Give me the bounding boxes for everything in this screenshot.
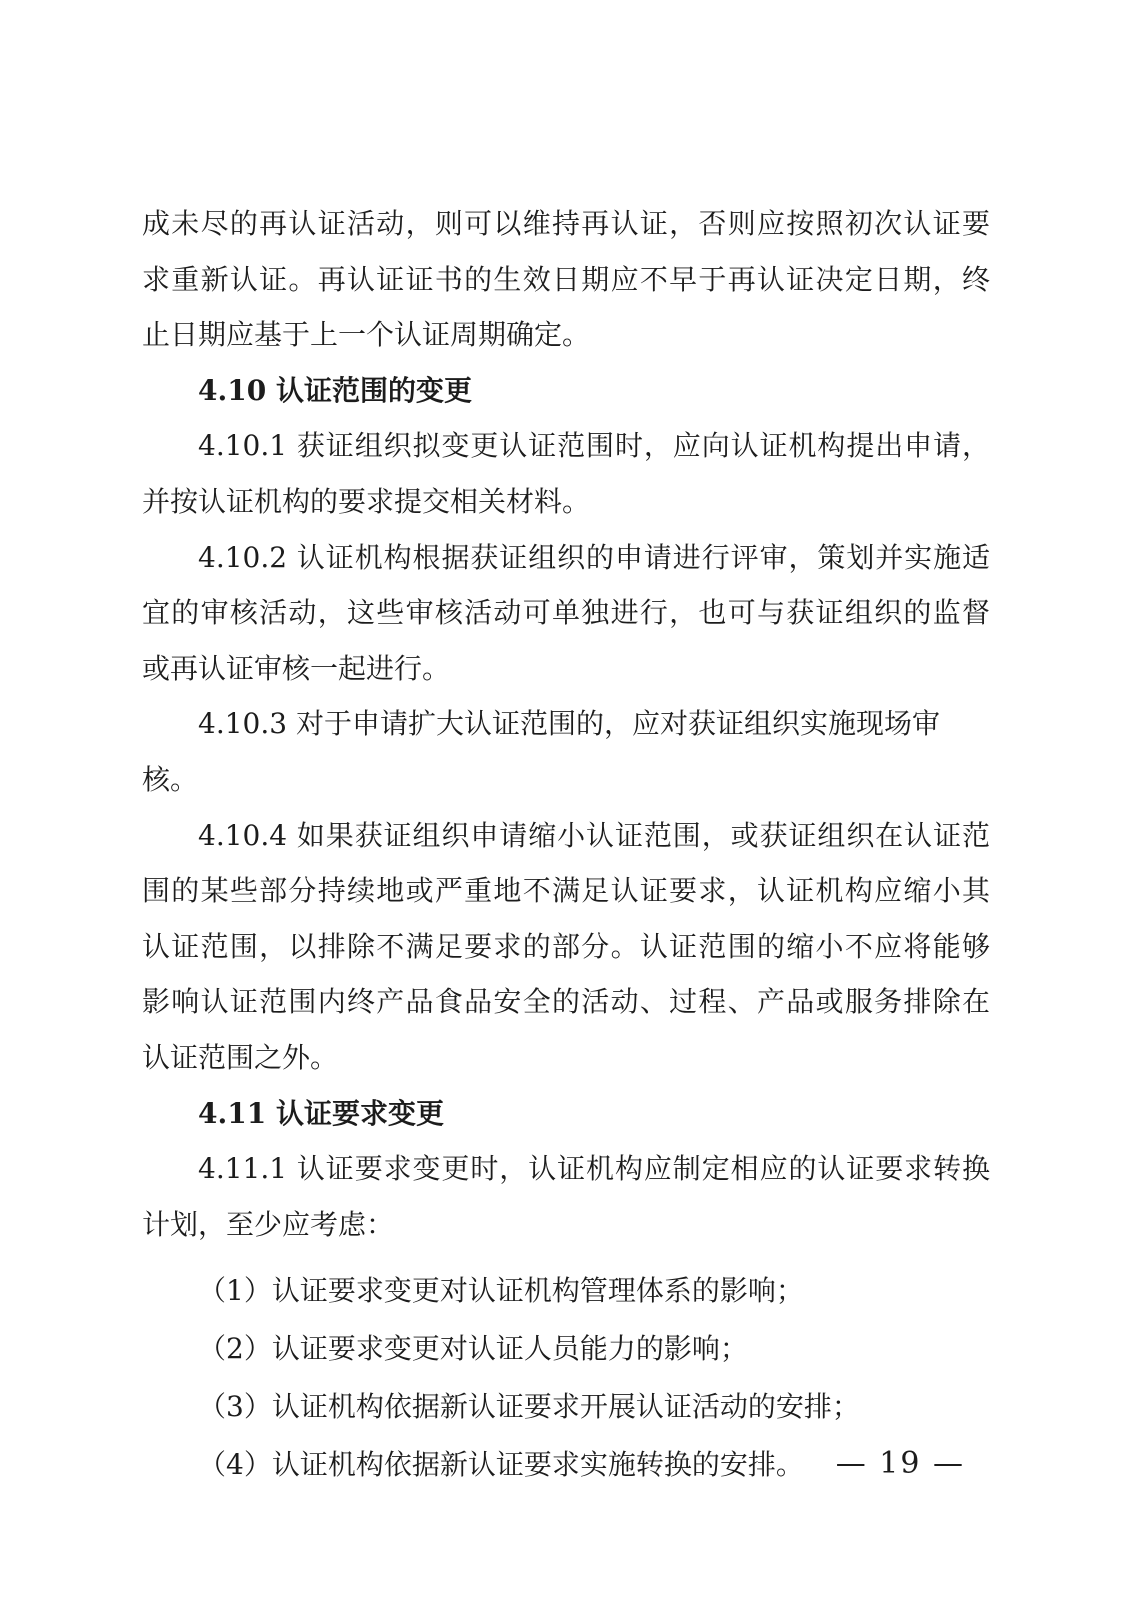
text-line: 并按认证机构的要求提交相关材料。	[142, 474, 990, 530]
text-line: 4.10.3 对于申请扩大认证范围的，应对获证组织实施现场审核。	[142, 696, 990, 807]
text-line: 求重新认证。再认证证书的生效日期应不早于再认证决定日期，终	[142, 252, 990, 308]
document-page: 成未尽的再认证活动，则可以维持再认证，否则应按照初次认证要 求重新认证。再认证证…	[0, 0, 1131, 1600]
text-line: 认证范围，以排除不满足要求的部分。认证范围的缩小不应将能够	[142, 919, 990, 975]
text-line: 4.11.1 认证要求变更时，认证机构应制定相应的认证要求转换	[142, 1141, 990, 1197]
text-line: 4.10.4 如果获证组织申请缩小认证范围，或获证组织在认证范	[142, 808, 990, 864]
text-line: 认证范围之外。	[142, 1030, 990, 1086]
text-line: 围的某些部分持续地或严重地不满足认证要求，认证机构应缩小其	[142, 863, 990, 919]
list-item: （3）认证机构依据新认证要求开展认证活动的安排；	[142, 1378, 990, 1436]
text-line: 4.10.1 获证组织拟变更认证范围时，应向认证机构提出申请，	[142, 418, 990, 474]
text-line: 影响认证范围内终产品食品安全的活动、过程、产品或服务排除在	[142, 974, 990, 1030]
text-line: 或再认证审核一起进行。	[142, 641, 990, 697]
text-block: 成未尽的再认证活动，则可以维持再认证，否则应按照初次认证要 求重新认证。再认证证…	[142, 196, 990, 1494]
list-item: （1）认证要求变更对认证机构管理体系的影响；	[142, 1262, 990, 1320]
text-line: 止日期应基于上一个认证周期确定。	[142, 307, 990, 363]
text-line: 成未尽的再认证活动，则可以维持再认证，否则应按照初次认证要	[142, 196, 990, 252]
text-line: 宜的审核活动，这些审核活动可单独进行，也可与获证组织的监督	[142, 585, 990, 641]
list-item: （2）认证要求变更对认证人员能力的影响；	[142, 1320, 990, 1378]
section-heading: 4.11 认证要求变更	[142, 1086, 990, 1142]
text-line: 计划，至少应考虑：	[142, 1197, 990, 1253]
text-line: 4.10.2 认证机构根据获证组织的申请进行评审，策划并实施适	[142, 530, 990, 586]
section-heading: 4.10 认证范围的变更	[142, 363, 990, 419]
page-number: — 19 —	[836, 1444, 965, 1484]
